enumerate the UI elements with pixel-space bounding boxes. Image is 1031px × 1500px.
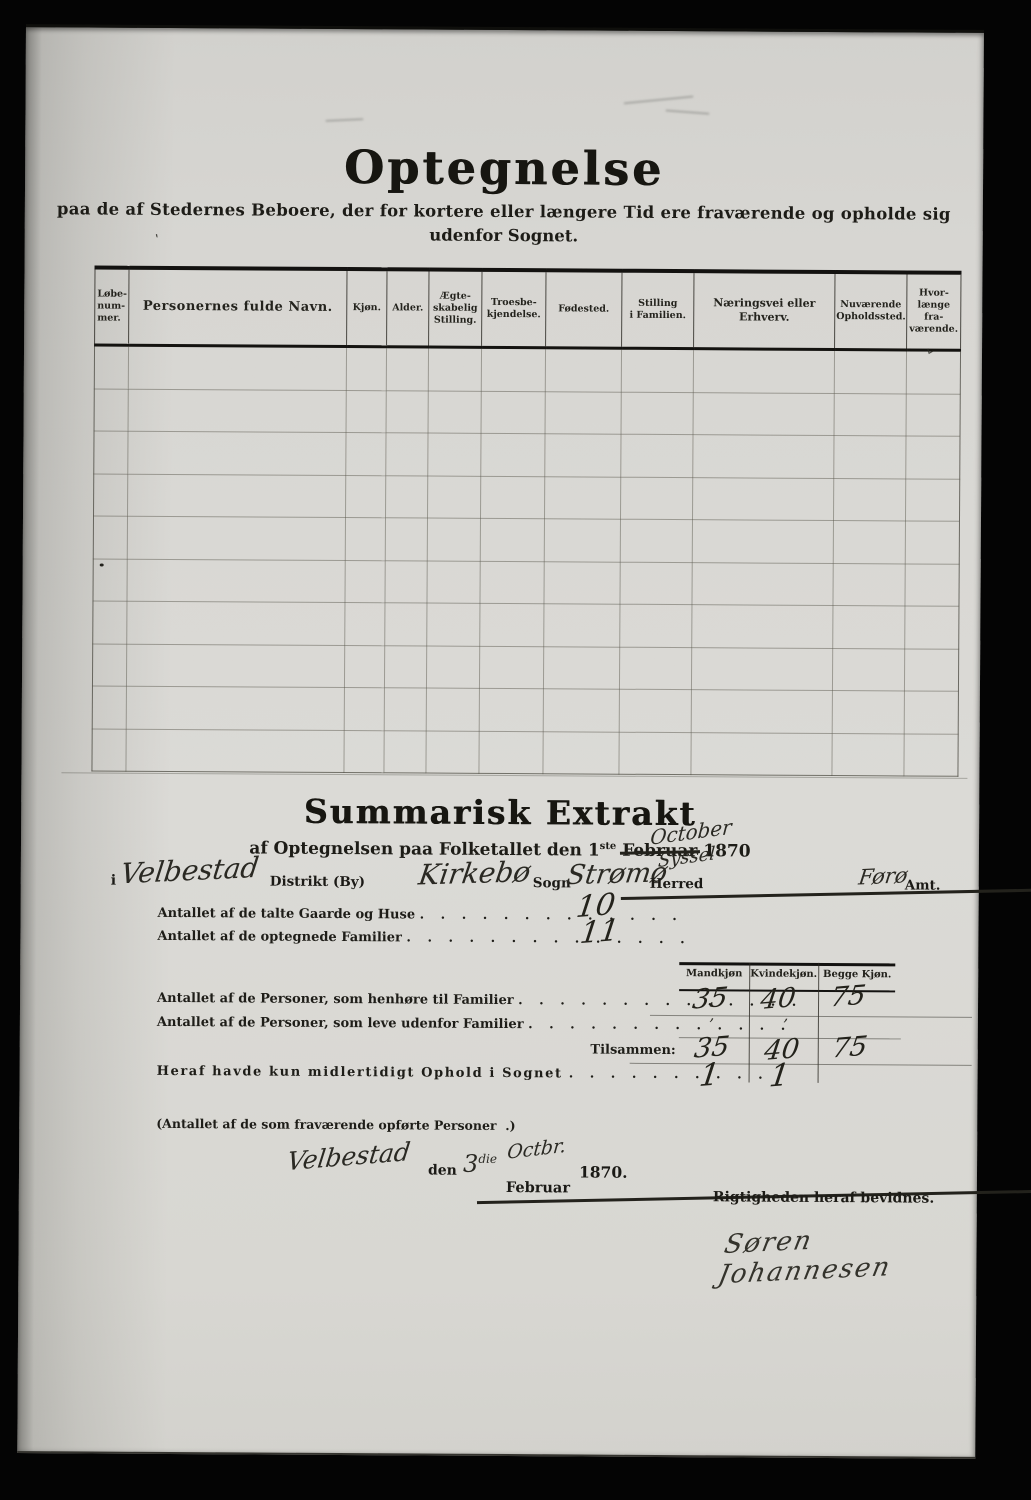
- hw-temporary-female: 1: [751, 1056, 808, 1096]
- table-cell: [692, 562, 833, 605]
- table-cell: [692, 605, 833, 648]
- table-cell: [426, 646, 479, 689]
- handwritten-day: 3die: [463, 1150, 497, 1178]
- table-cell: [92, 686, 126, 729]
- table-cell: [93, 558, 127, 601]
- table-cell: [543, 731, 619, 774]
- hw-in-families-both: 75: [820, 979, 877, 1014]
- table-cell: [904, 733, 958, 776]
- table-cell: [480, 476, 544, 519]
- table-cell: [904, 648, 958, 691]
- table-cell: [127, 559, 345, 603]
- table-cell: [834, 350, 906, 394]
- ordinal-suffix: ste: [600, 841, 617, 852]
- amt-label: Amt.: [905, 877, 941, 893]
- table-cell: [543, 689, 619, 732]
- summary-heading: Summarisk Extrakt: [21, 790, 979, 835]
- table-cell: [426, 688, 479, 731]
- table-cell: [94, 345, 128, 389]
- hw-total-both: 75: [821, 1030, 878, 1065]
- table-cell: [832, 733, 904, 776]
- page-title: Optegnelse: [25, 138, 983, 198]
- table-cell: [691, 690, 832, 733]
- table-cell: [128, 431, 346, 475]
- table-cell: [692, 477, 833, 520]
- table-cell: [693, 392, 834, 435]
- table-cell: [92, 643, 126, 686]
- table-cell: [345, 603, 385, 646]
- main-table-body: [92, 345, 961, 776]
- table-cell: [479, 646, 543, 689]
- pencil-smudge: [624, 95, 694, 104]
- table-cell: [834, 393, 906, 436]
- table-cell: [126, 644, 344, 688]
- table-cell: [833, 606, 905, 649]
- stats-header-male: Mandkjøn: [679, 968, 749, 979]
- column-header-number: Løbe- num- mer.: [95, 268, 129, 346]
- table-cell: [620, 477, 692, 520]
- table-cell: [904, 691, 958, 734]
- table-cell: [905, 478, 959, 521]
- families-count-label: Antallet af de optegnede Familier: [157, 929, 402, 945]
- column-header-full-name: Personernes fulde Navn.: [129, 268, 347, 347]
- table-cell: [344, 688, 384, 731]
- table-cell: [692, 520, 833, 563]
- table-cell: [906, 350, 960, 394]
- table-cell: [481, 433, 545, 476]
- table-cell: [691, 647, 832, 690]
- table-cell: [127, 601, 345, 645]
- table-cell: [620, 519, 692, 562]
- table-row: [93, 558, 959, 606]
- herred-label-struck: Herred: [650, 876, 1031, 898]
- column-header-occupation: Næringsvei eller Erhverv.: [694, 271, 835, 349]
- table-cell: [905, 563, 959, 606]
- table-cell: [345, 518, 385, 561]
- table-cell: [127, 516, 345, 560]
- column-header-birthplace: Fødested.: [546, 270, 622, 348]
- location-prefix: i: [111, 873, 116, 889]
- temporary-stay-label: Heraf havde kun midlertidigt Ophold i So…: [157, 1064, 563, 1081]
- table-cell: [92, 728, 126, 771]
- table-cell: [833, 521, 905, 564]
- dot-leader: . . . . . . . . . . . . .: [528, 1017, 791, 1034]
- table-cell: [545, 434, 621, 477]
- footnote-close: .): [505, 1118, 515, 1133]
- scanned-census-page: Optegnelse paa de af Stedernes Beboere, …: [17, 24, 984, 1459]
- table-row: [92, 728, 958, 776]
- table-row: [93, 516, 959, 564]
- table-cell: [479, 688, 543, 731]
- table-cell: [385, 603, 427, 646]
- table-cell: [619, 732, 691, 775]
- persons-in-families-label: Antallet af de Personer, som henhøre til…: [157, 991, 514, 1008]
- table-cell: [693, 349, 834, 393]
- handwritten-families-count: 11: [578, 913, 621, 951]
- ink-speck: [100, 564, 104, 567]
- table-cell: [344, 730, 384, 773]
- column-header-age: Alder.: [387, 269, 429, 347]
- table-cell: [386, 347, 428, 391]
- dot-leader: . . . . . . . . . . . . . .: [406, 930, 690, 947]
- table-cell: [426, 731, 479, 774]
- column-header-creed: Troesbe- kjendelse.: [482, 270, 546, 348]
- dot-leader: . . . . . . . . . . . . .: [420, 907, 683, 924]
- day-number: 3: [463, 1150, 478, 1178]
- handwritten-dateline-place: Velbestad: [285, 1137, 412, 1176]
- table-cell: [620, 604, 692, 647]
- table-cell: [479, 731, 543, 774]
- table-cell: [93, 601, 127, 644]
- column-header-family-position: Stilling i Familien.: [622, 271, 694, 349]
- column-header-how-long-absent: Hvor- længe fra- værende.: [907, 272, 961, 350]
- handwritten-parish-name: Kirkebø: [416, 855, 532, 891]
- table-cell: [128, 474, 346, 518]
- table-cell: [832, 691, 904, 734]
- table-cell: [126, 686, 344, 730]
- table-cell: [346, 390, 386, 433]
- table-cell: [428, 391, 481, 434]
- signature: Søren Johannesen: [716, 1218, 983, 1290]
- table-cell: [427, 476, 480, 519]
- pencil-smudge: [325, 118, 363, 122]
- hw-in-families-female: 40: [750, 982, 807, 1017]
- table-cell: [385, 518, 427, 561]
- column-header-sex: Kjøn.: [347, 269, 387, 347]
- pencil-smudge: [665, 109, 709, 114]
- table-cell: [384, 645, 426, 688]
- table-cell: [94, 388, 128, 431]
- table-cell: [693, 435, 834, 478]
- table-cell: [385, 475, 427, 518]
- table-cell: [428, 433, 481, 476]
- table-cell: [428, 347, 481, 391]
- table-cell: [427, 603, 480, 646]
- total-label: Tilsammen:: [576, 1042, 676, 1058]
- table-row: [94, 388, 960, 436]
- table-header-row: Løbe- num- mer. Personernes fulde Navn. …: [95, 268, 961, 351]
- table-cell: [621, 392, 693, 435]
- table-cell: [386, 390, 428, 433]
- page-subtitle-line2: udenfor Sognet.: [25, 223, 983, 248]
- table-cell: [620, 562, 692, 605]
- dateline-den-label: den: [428, 1163, 457, 1179]
- persons-outside-families-label: Antallet af de Personer, som leve udenfo…: [157, 1015, 524, 1032]
- table-cell: [544, 519, 620, 562]
- hw-in-families-male: 35: [682, 981, 739, 1016]
- table-cell: [545, 348, 621, 392]
- table-row: [93, 601, 959, 649]
- table-cell: [544, 476, 620, 519]
- table-cell: [480, 603, 544, 646]
- table-cell: [619, 689, 691, 732]
- table-cell: [385, 560, 427, 603]
- table-cell: [345, 560, 385, 603]
- table-border: [679, 962, 895, 966]
- hw-outside-families-female: ’: [769, 1015, 802, 1035]
- table-cell: [346, 475, 386, 518]
- table-cell: [691, 732, 832, 775]
- table-cell: [386, 433, 428, 476]
- table-cell: [94, 431, 128, 474]
- table-cell: [832, 648, 904, 691]
- table-cell: [128, 389, 346, 433]
- table-cell: [621, 348, 693, 392]
- table-cell: [126, 729, 344, 773]
- table-row: [94, 473, 960, 521]
- dateline-year: 1870.: [579, 1162, 628, 1181]
- table-row: [94, 431, 960, 479]
- table-row: [92, 686, 958, 734]
- table-row: [94, 345, 960, 394]
- table-cell: [544, 561, 620, 604]
- stats-header-female: Kvindekjøn.: [749, 969, 818, 980]
- table-cell: [621, 434, 693, 477]
- houses-count-label: Antallet af de talte Gaarde og Huse: [158, 906, 416, 923]
- table-cell: [544, 604, 620, 647]
- table-cell: [545, 391, 621, 434]
- table-cell: [384, 730, 426, 773]
- table-cell: [94, 473, 128, 516]
- table-cell: [93, 516, 127, 559]
- day-suffix: die: [478, 1152, 497, 1166]
- table-cell: [128, 345, 346, 390]
- table-cell: [543, 646, 619, 689]
- record-table: Løbe- num- mer. Personernes fulde Navn. …: [91, 265, 960, 776]
- table-cell: [481, 347, 545, 391]
- table-cell: [905, 606, 959, 649]
- district-label: Distrikt (By): [270, 874, 365, 891]
- table-cell: [906, 436, 960, 479]
- table-cell: [481, 391, 545, 434]
- dot-leader: . . . . . . . . . .: [569, 1066, 769, 1082]
- table-cell: [344, 645, 384, 688]
- table-row: [92, 643, 958, 691]
- table-cell: [906, 393, 960, 436]
- table-cell: [833, 563, 905, 606]
- attestation-text: Rigtigheden heraf bevidnes.: [713, 1189, 934, 1206]
- table-cell: [384, 688, 426, 731]
- table-cell: [480, 561, 544, 604]
- table-cell: [427, 561, 480, 604]
- temporary-stay-line: Heraf havde kun midlertidigt Ophold i So…: [157, 1064, 769, 1083]
- handwritten-dateline-month: Octbr.: [506, 1135, 567, 1164]
- handwritten-amt-name: Førø: [857, 863, 909, 889]
- table-cell: [833, 478, 905, 521]
- table-cell: [480, 518, 544, 561]
- table-cell: [427, 518, 480, 561]
- column-header-marital-status: Ægte- skabelig Stilling.: [429, 270, 482, 348]
- table-cell: [834, 436, 906, 479]
- column-header-current-residence: Nuværende Opholdssted.: [835, 272, 907, 350]
- table-cell: [905, 521, 959, 564]
- handwritten-district-name: Velbestad: [119, 851, 261, 891]
- hw-temporary-male: 1: [681, 1055, 738, 1095]
- page-subtitle-line1: paa de af Stedernes Beboere, der for kor…: [25, 199, 983, 224]
- table-cell: [619, 647, 691, 690]
- footnote-open: (Antallet af de som fraværende opførte P…: [156, 1116, 496, 1133]
- table-cell: [346, 347, 386, 391]
- stats-header-both: Begge Kjøn.: [818, 969, 896, 980]
- table-cell: [346, 433, 386, 476]
